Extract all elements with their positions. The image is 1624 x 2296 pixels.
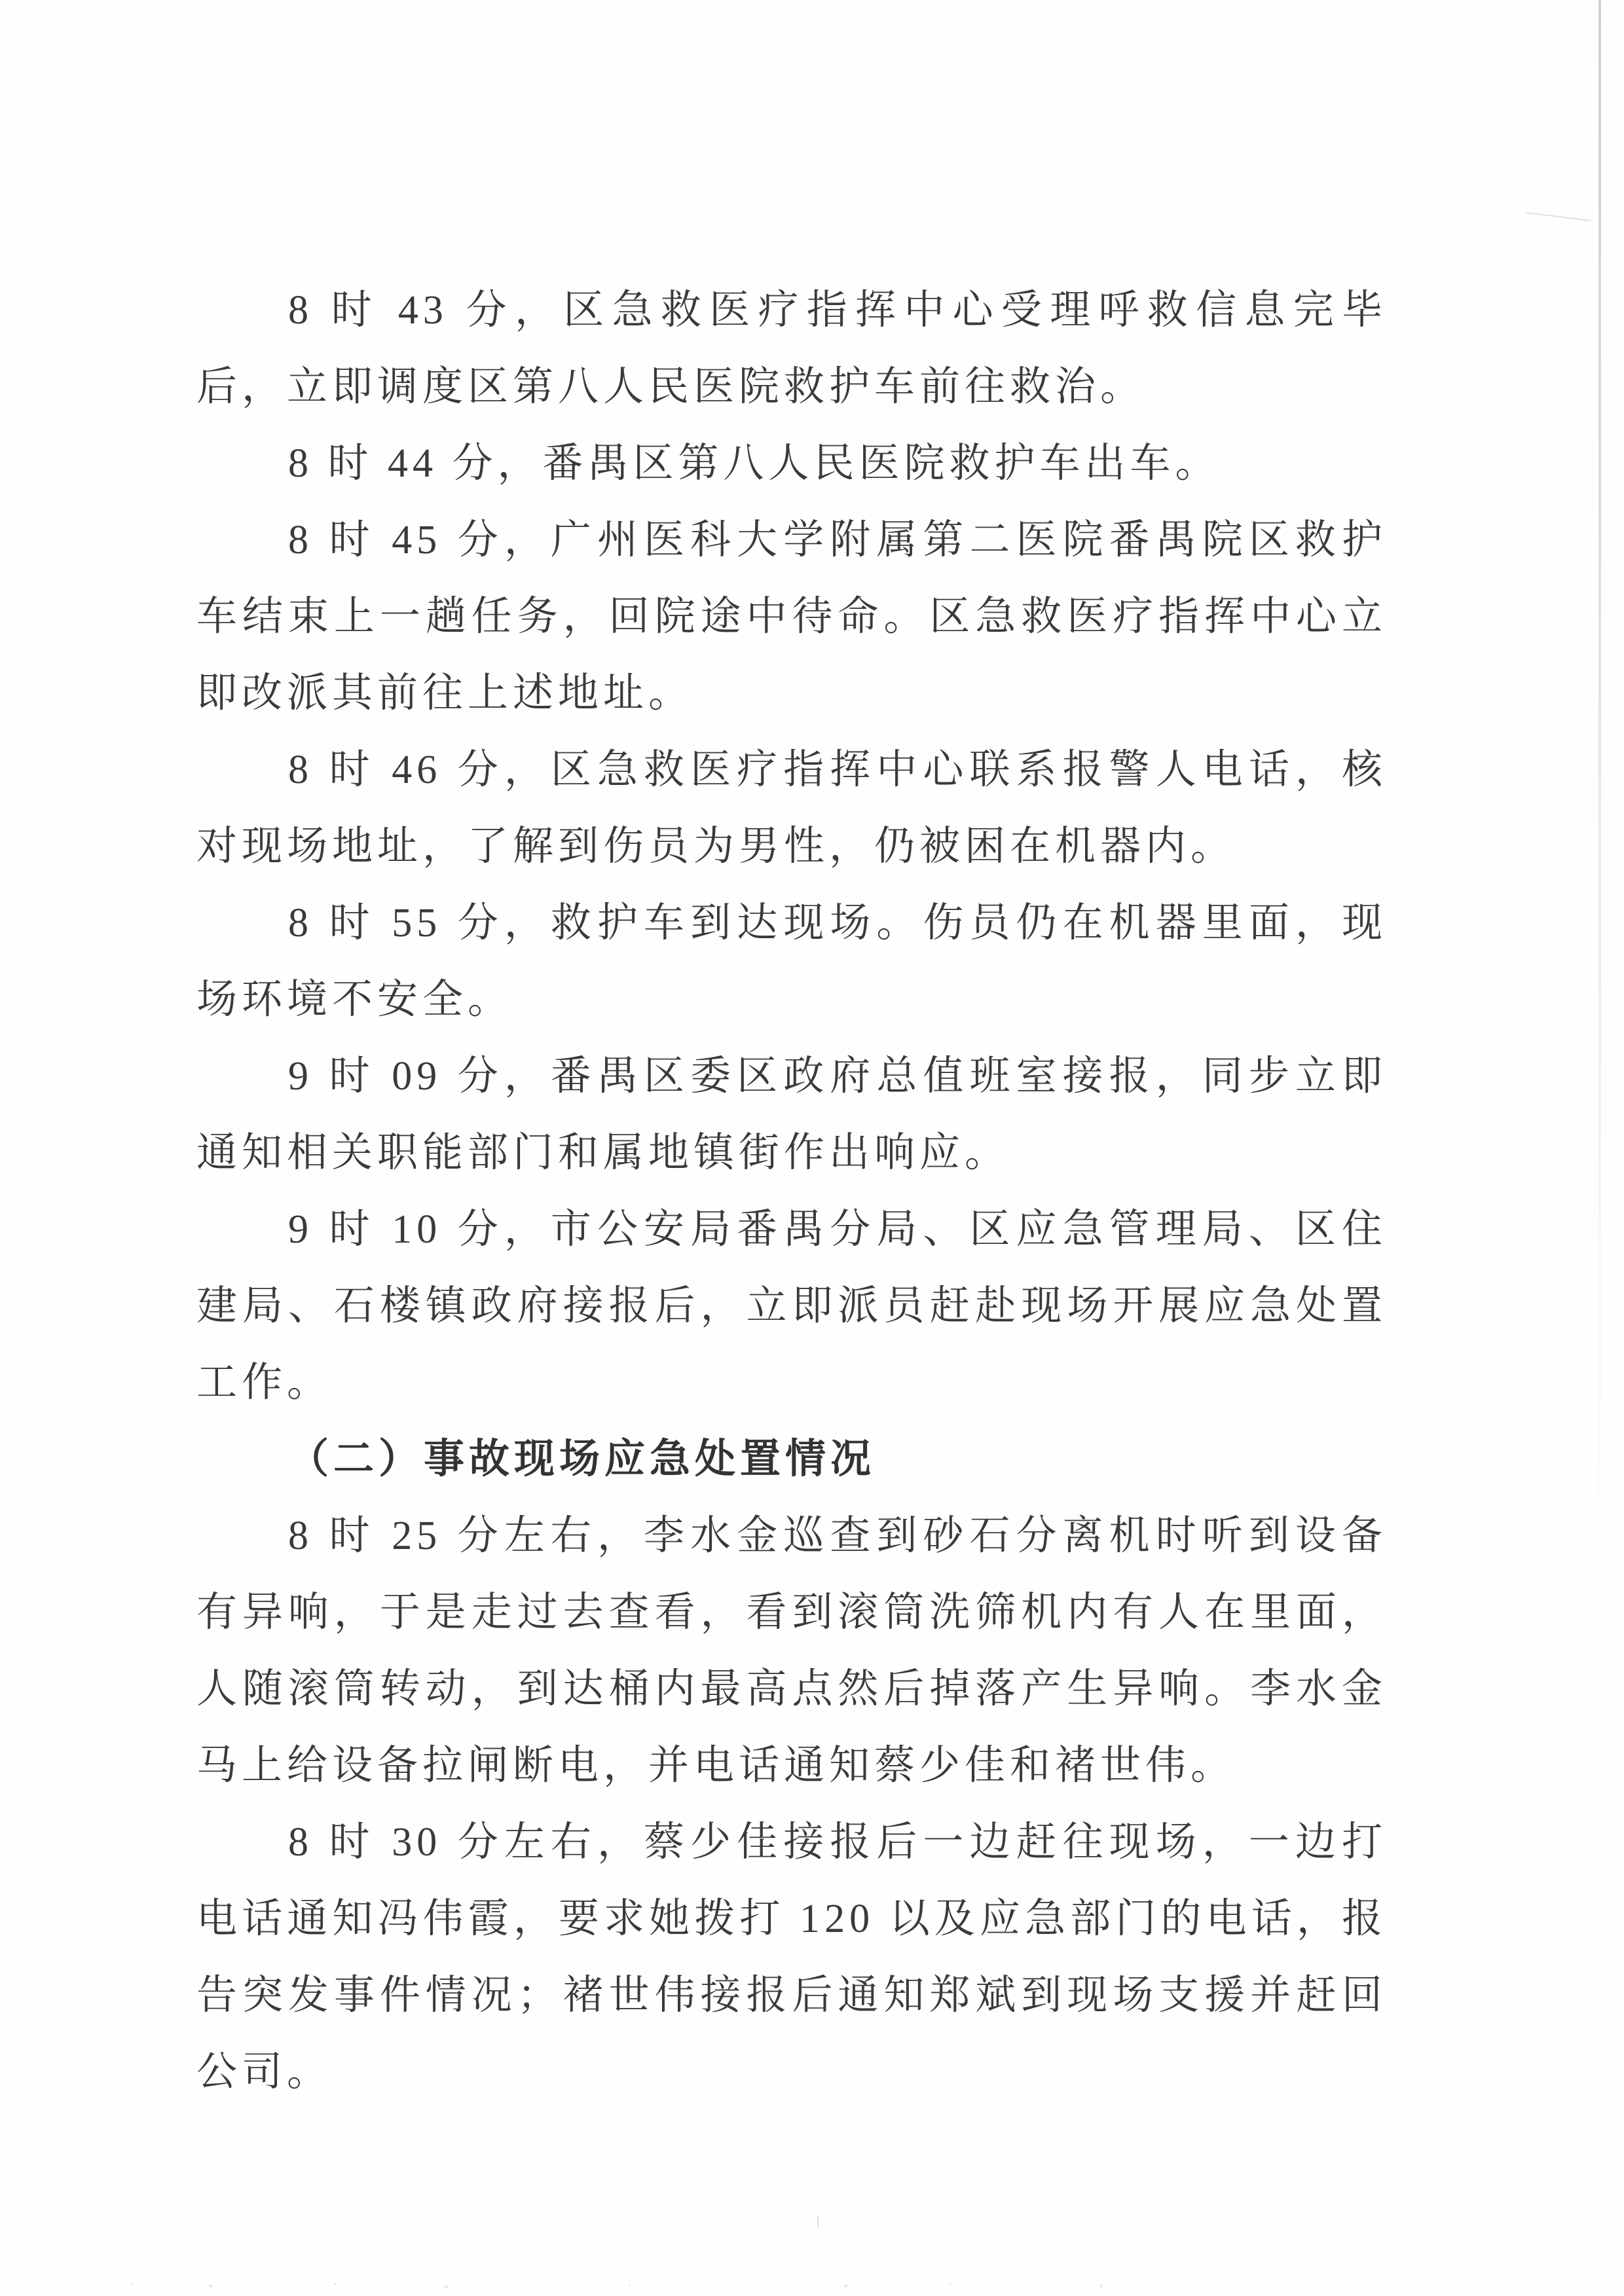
- scan-artifact-tick: [817, 2217, 819, 2227]
- timeline-paragraph-0910: 9 时 10 分，市公安局番禺分局、区应急管理局、区住建局、石楼镇政府接报后，立…: [196, 1192, 1387, 1421]
- timeline-paragraph-0825: 8 时 25 分左右，李水金巡查到砂石分离机时听到设备有异响，于是走过去查看，看…: [196, 1498, 1387, 1804]
- report-text-block: 8 时 43 分，区急救医疗指挥中心受理呼救信息完毕后，立即调度区第八人民医院救…: [196, 272, 1387, 2111]
- timeline-paragraph-0855: 8 时 55 分，救护车到达现场。伤员仍在机器里面，现场环境不安全。: [196, 885, 1387, 1038]
- scan-artifact-speckles: [131, 2284, 133, 2286]
- timeline-paragraph-0843: 8 时 43 分，区急救医疗指挥中心受理呼救信息完毕后，立即调度区第八人民医院救…: [196, 272, 1387, 426]
- section-heading-2: （二）事故现场应急处置情况: [196, 1421, 1387, 1498]
- timeline-paragraph-0830: 8 时 30 分左右，蔡少佳接报后一边赶往现场，一边打电话通知冯伟霞，要求她拨打…: [196, 1804, 1387, 2111]
- scan-artifact-scratch: [1526, 212, 1591, 221]
- timeline-paragraph-0845: 8 时 45 分，广州医科大学附属第二医院番禺院区救护车结束上一趟任务，回院途中…: [196, 502, 1387, 732]
- scan-artifact-vertical-line: [1598, 0, 1601, 1637]
- timeline-paragraph-0846: 8 时 46 分，区急救医疗指挥中心联系报警人电话，核对现场地址，了解到伤员为男…: [196, 732, 1387, 885]
- timeline-paragraph-0844: 8 时 44 分，番禺区第八人民医院救护车出车。: [196, 426, 1387, 502]
- document-page: 8 时 43 分，区急救医疗指挥中心受理呼救信息完毕后，立即调度区第八人民医院救…: [0, 0, 1624, 2296]
- timeline-paragraph-0909: 9 时 09 分，番禺区委区政府总值班室接报，同步立即通知相关职能部门和属地镇街…: [196, 1038, 1387, 1192]
